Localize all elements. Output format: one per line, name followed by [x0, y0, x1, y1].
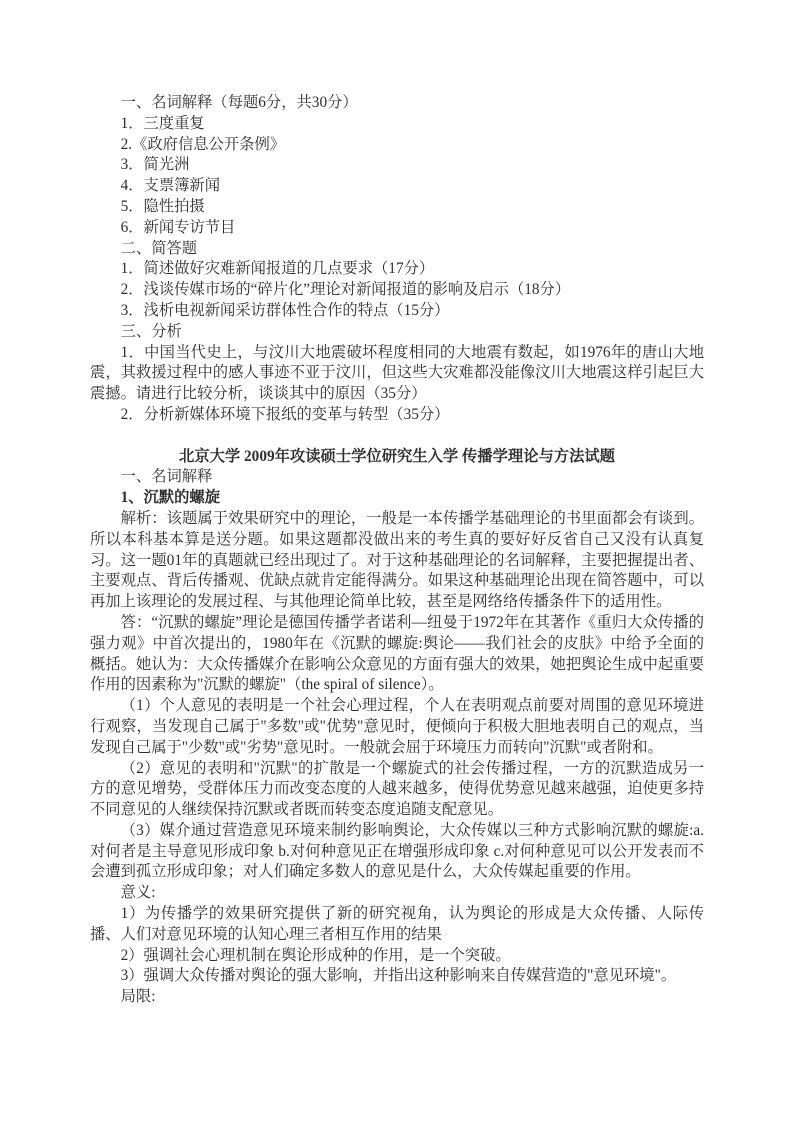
point-paragraph: （3）媒介通过营造意见环境来制约影响舆论，大众传媒以三种方式影响沉默的螺旋:a.… — [90, 821, 704, 883]
exam1-line: 1．简述做好灾难新闻报道的几点要求（17分） — [90, 259, 704, 280]
answer-paragraph: 答：“沉默的螺旋”理论是德国传播学者诺利—纽曼于1972年在其著作《重归大众传播… — [90, 613, 704, 696]
exam1-line: 2．浅谈传媒市场的“碎片化”理论对新闻报道的影响及启示（18分） — [90, 280, 704, 301]
term-heading: 1、沉默的螺旋 — [90, 488, 704, 509]
section-heading: 一、名词解释 — [90, 467, 704, 488]
significance-item: 1）为传播学的效果研究提供了新的研究视角，认为舆论的形成是大众传播、人际传播、人… — [90, 904, 704, 946]
blank-line — [90, 426, 704, 447]
exam1-line: 2.《政府信息公开条例》 — [90, 135, 704, 156]
limitation-label: 局限: — [90, 987, 704, 1008]
exam1-line: 3．简光洲 — [90, 155, 704, 176]
exam1-line: 三、分析 — [90, 322, 704, 343]
significance-item: 3）强调大众传播对舆论的强大影响，并指出这种影响来自传媒营造的"意见环境"。 — [90, 966, 704, 987]
exam1-line: 5．隐性拍摄 — [90, 197, 704, 218]
point-paragraph: （2）意见的表明和"沉默"的扩散是一个螺旋式的社会传播过程，一方的沉默造成另一方… — [90, 759, 704, 821]
significance-item: 2）强调社会心理机制在舆论形成种的作用，是一个突破。 — [90, 946, 704, 967]
exam1-line: 4．支票簿新闻 — [90, 176, 704, 197]
exam1-line: 一、名词解释（每题6分，共30分） — [90, 93, 704, 114]
point-paragraph: （1）个人意见的表明是一个社会心理过程，个人在表明观点前要对周围的意见环境进行观… — [90, 696, 704, 758]
exam1-line: 6．新闻专访节目 — [90, 218, 704, 239]
significance-label: 意义: — [90, 883, 704, 904]
exam1-line: 3．浅析电视新闻采访群体性合作的特点（15分） — [90, 301, 704, 322]
analysis-paragraph: 解析：该题属于效果研究中的理论，一般是一本传播学基础理论的书里面都会有谈到。所以… — [90, 509, 704, 613]
exam1-line: 1．中国当代史上，与汶川大地震破坏程度相同的大地震有数起，如1976年的唐山大地… — [90, 343, 704, 405]
exam1-line: 2．分析新媒体环境下报纸的变革与转型（35分） — [90, 405, 704, 426]
exam1-line: 1．三度重复 — [90, 114, 704, 135]
document-page: 一、名词解释（每题6分，共30分） 1．三度重复 2.《政府信息公开条例》 3．… — [0, 0, 800, 1008]
exam-paper-title: 北京大学 2009年攻读硕士学位研究生入学 传播学理论与方法试题 — [90, 447, 704, 468]
exam1-line: 二、简答题 — [90, 239, 704, 260]
